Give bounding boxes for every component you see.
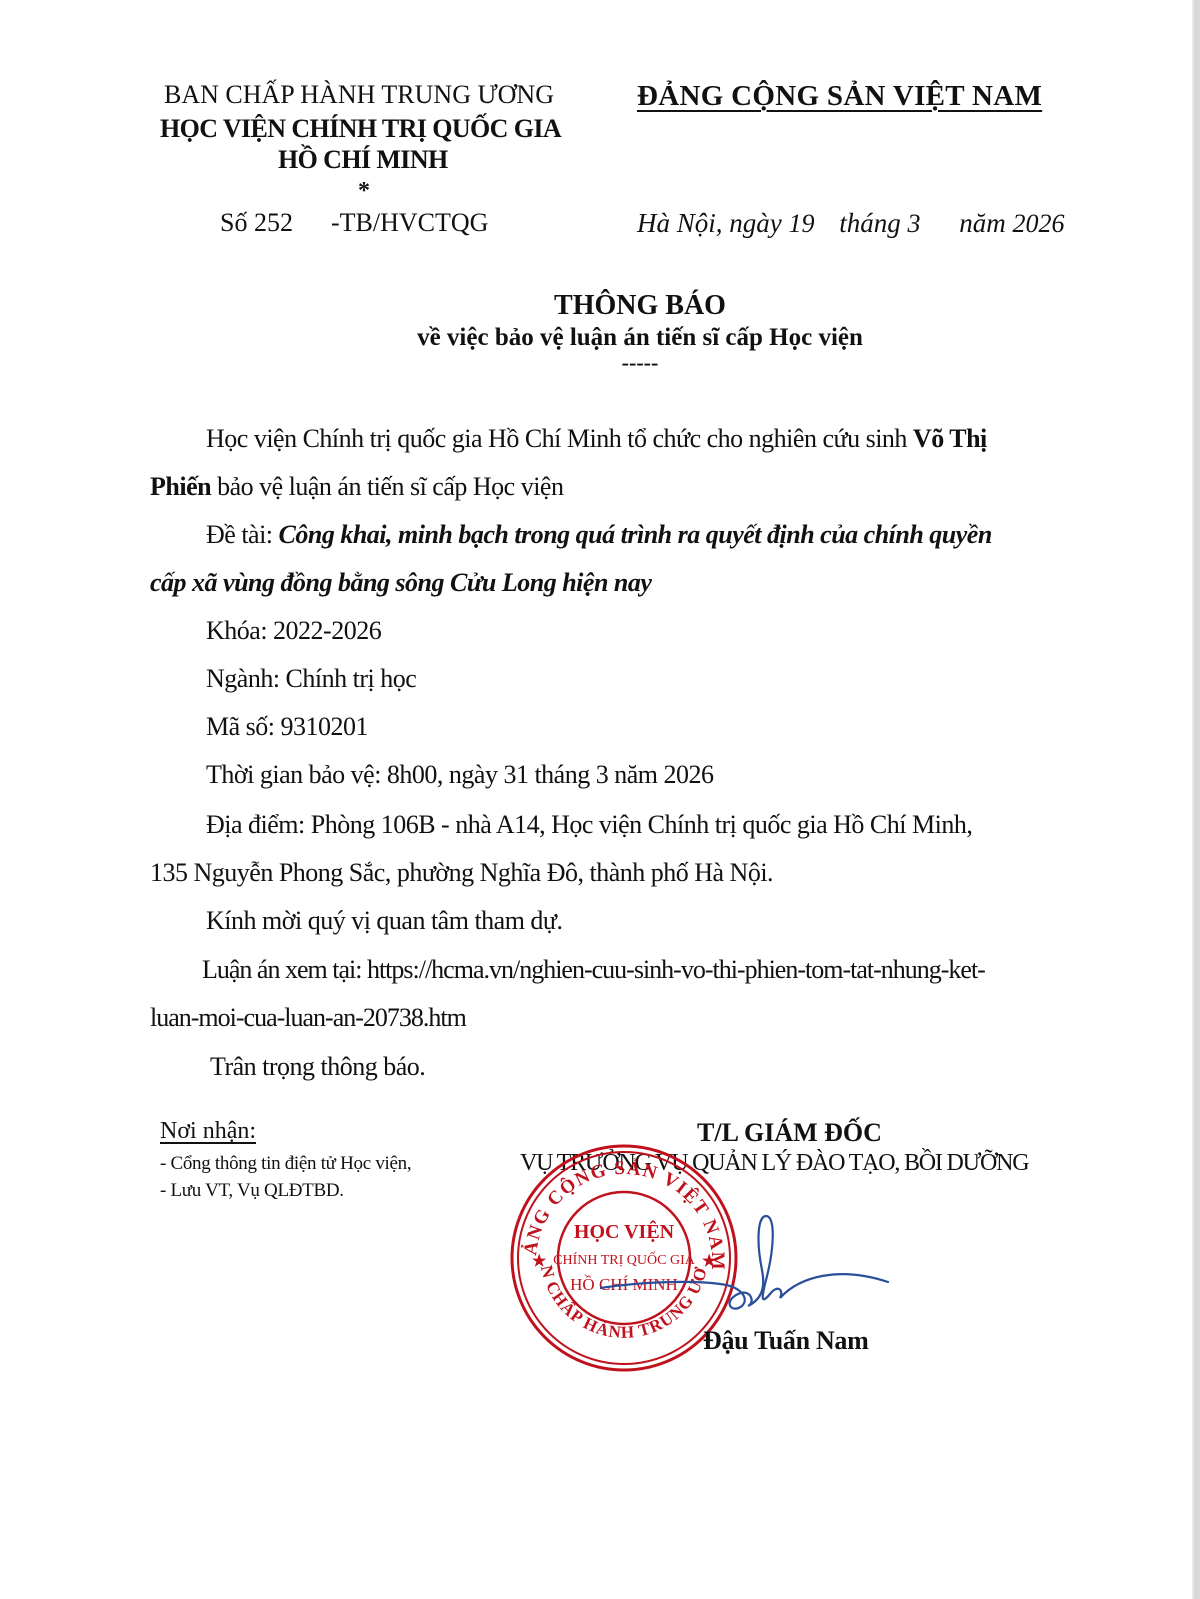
topic-line2: cấp xã vùng đồng bằng sông Cửu Long hiện… <box>150 568 651 598</box>
central-committee-label: BAN CHẤP HÀNH TRUNG ƯƠNG <box>164 80 554 110</box>
thesis-link-line1: Luận án xem tại: https://hcma.vn/nghien-… <box>202 955 985 985</box>
recipients-heading: Nơi nhận: <box>160 1118 256 1145</box>
closing-text: Trân trọng thông báo. <box>210 1052 425 1082</box>
course-field: Khóa: 2022-2026 <box>206 616 381 646</box>
handwritten-signature-icon <box>600 1210 900 1320</box>
candidate-name-last: Phiến <box>150 472 211 501</box>
page-edge <box>1192 0 1200 1599</box>
svg-text:★: ★ <box>532 1253 547 1270</box>
intro-paragraph-line1: Học viện Chính trị quốc gia Hồ Chí Minh … <box>206 424 987 454</box>
place-label: Hà Nội, ngày <box>637 208 782 238</box>
intro-text: Học viện Chính trị quốc gia Hồ Chí Minh … <box>206 424 913 453</box>
code-field: Mã số: 9310201 <box>206 712 368 742</box>
candidate-name-first: Võ Thị <box>913 424 987 453</box>
intro-text-continued: bảo vệ luận án tiến sĩ cấp Học viện <box>211 472 563 501</box>
party-heading: ĐẢNG CỘNG SẢN VIỆT NAM <box>637 80 1042 113</box>
doc-code: -TB/HVCTQG <box>331 208 488 237</box>
academy-name-line1: HỌC VIỆN CHÍNH TRỊ QUỐC GIA <box>160 114 561 144</box>
date-day: 19 <box>789 209 815 238</box>
location-line1: Địa điểm: Phòng 106B - nhà A14, Học viện… <box>206 810 972 840</box>
topic-title: Công khai, minh bạch trong quá trình ra … <box>279 520 992 549</box>
doc-number-label: Số <box>220 208 247 237</box>
title-separator: ----- <box>0 350 1200 376</box>
invitation-text: Kính mời quý vị quan tâm tham dự. <box>206 906 563 936</box>
date-month: 3 <box>908 209 921 238</box>
document-number: Số 252-TB/HVCTQG <box>220 208 488 238</box>
location-line2: 135 Nguyễn Phong Sắc, phường Nghĩa Đô, t… <box>150 858 773 888</box>
month-label: tháng <box>839 208 901 238</box>
intro-paragraph-line2: Phiến bảo vệ luận án tiến sĩ cấp Học việ… <box>150 472 563 502</box>
thesis-url[interactable]: https://hcma.vn/nghien-cuu-sinh-vo-thi-p… <box>367 955 985 984</box>
doc-number-value: 252 <box>254 208 293 237</box>
recipient-item: - Lưu VT, Vụ QLĐTBD. <box>160 1180 344 1202</box>
thesis-link-label: Luận án xem tại: <box>202 955 367 984</box>
star-separator: * <box>358 178 370 205</box>
defense-time-field: Thời gian bảo vệ: 8h00, ngày 31 tháng 3 … <box>206 760 714 790</box>
place-and-date: Hà Nội, ngày 19 tháng 3 năm 2026 <box>637 208 1065 239</box>
recipient-item: - Cổng thông tin điện tử Học viện, <box>160 1153 411 1175</box>
year-label: năm <box>959 208 1006 238</box>
date-year: 2026 <box>1013 209 1065 238</box>
signer-name: Đậu Tuấn Nam <box>703 1326 868 1356</box>
document-subtitle: về việc bảo vệ luận án tiến sĩ cấp Học v… <box>0 324 1200 352</box>
thesis-url-continued[interactable]: luan-moi-cua-luan-an-20738.htm <box>150 1003 466 1033</box>
topic-label: Đề tài: <box>206 520 279 549</box>
document-title: THÔNG BÁO <box>0 290 1200 322</box>
topic-line1: Đề tài: Công khai, minh bạch trong quá t… <box>206 520 992 550</box>
major-field: Ngành: Chính trị học <box>206 664 416 694</box>
academy-name-line2: HỒ CHÍ MINH <box>278 145 448 175</box>
